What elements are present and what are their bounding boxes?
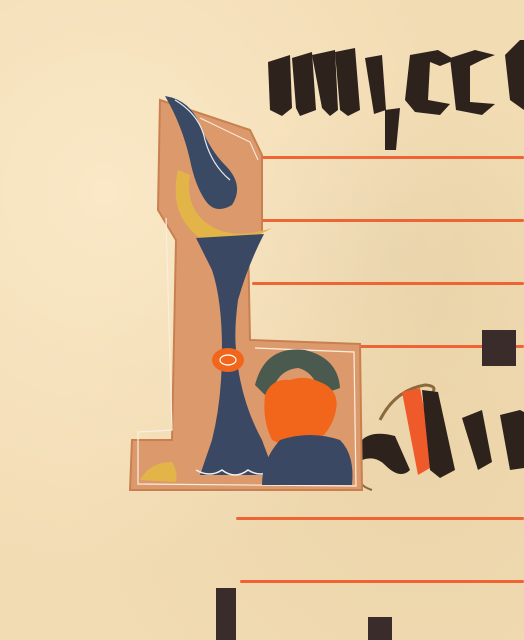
illuminated-initial-L (0, 0, 524, 640)
